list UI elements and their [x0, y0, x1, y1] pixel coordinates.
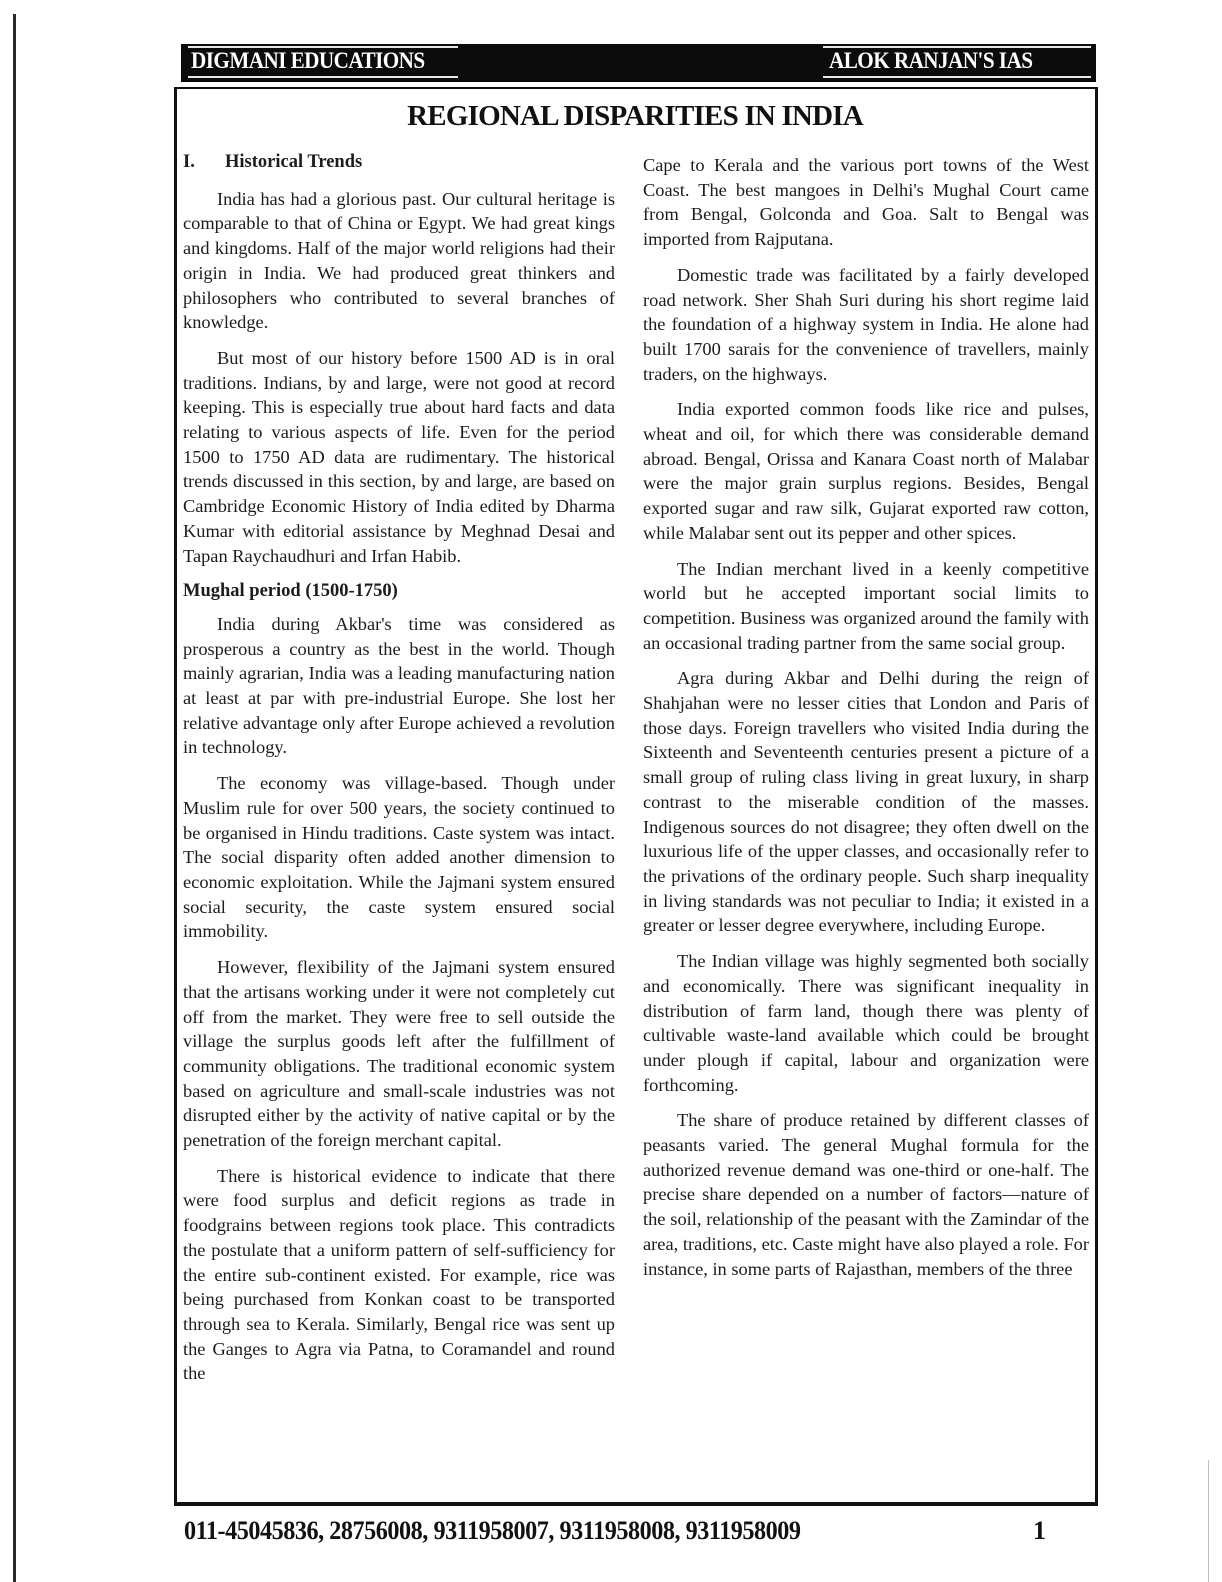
subsection-heading: Mughal period (1500-1750)	[183, 579, 615, 604]
paragraph: The Indian village was highly segmented …	[643, 949, 1089, 1097]
paragraph: But most of our history before 1500 AD i…	[183, 346, 615, 568]
footer-phone-numbers: 011-45045836, 28756008, 9311958007, 9311…	[184, 1516, 801, 1546]
paragraph: Agra during Akbar and Delhi during the r…	[643, 666, 1089, 938]
paragraph: India has had a glorious past. Our cultu…	[183, 187, 615, 335]
paragraph: India exported common foods like rice an…	[643, 397, 1089, 545]
publisher-name: DIGMANI EDUCATIONS	[191, 48, 425, 74]
paragraph: The Indian merchant lived in a keenly co…	[643, 557, 1089, 656]
paragraph: There is historical evidence to indicate…	[183, 1164, 615, 1386]
paragraph: However, flexibility of the Jajmani syst…	[183, 955, 615, 1153]
paragraph-continuation: Cape to Kerala and the various port town…	[643, 153, 1089, 252]
paragraph: The economy was village-based. Though un…	[183, 771, 615, 944]
scan-edge-line	[13, 14, 16, 1582]
institute-name: ALOK RANJAN'S IAS	[829, 48, 1032, 74]
scan-edge-line-right	[1208, 1460, 1209, 1582]
header-rule-bottom-right	[823, 76, 1091, 78]
header-rule-bottom-left	[188, 76, 458, 78]
paragraph: India during Akbar's time was considered…	[183, 612, 615, 760]
page-number: 1	[1033, 1516, 1046, 1546]
left-column: I.Historical Trends India has had a glor…	[183, 150, 615, 1397]
section-title: Historical Trends	[225, 152, 362, 172]
paragraph: The share of produce retained by differe…	[643, 1108, 1089, 1281]
paragraph: Domestic trade was facilitated by a fair…	[643, 263, 1089, 387]
section-heading: I.Historical Trends	[183, 150, 615, 175]
page-title: REGIONAL DISPARITIES IN INDIA	[0, 100, 1222, 133]
section-number: I.	[183, 150, 225, 175]
right-column: Cape to Kerala and the various port town…	[643, 153, 1089, 1292]
